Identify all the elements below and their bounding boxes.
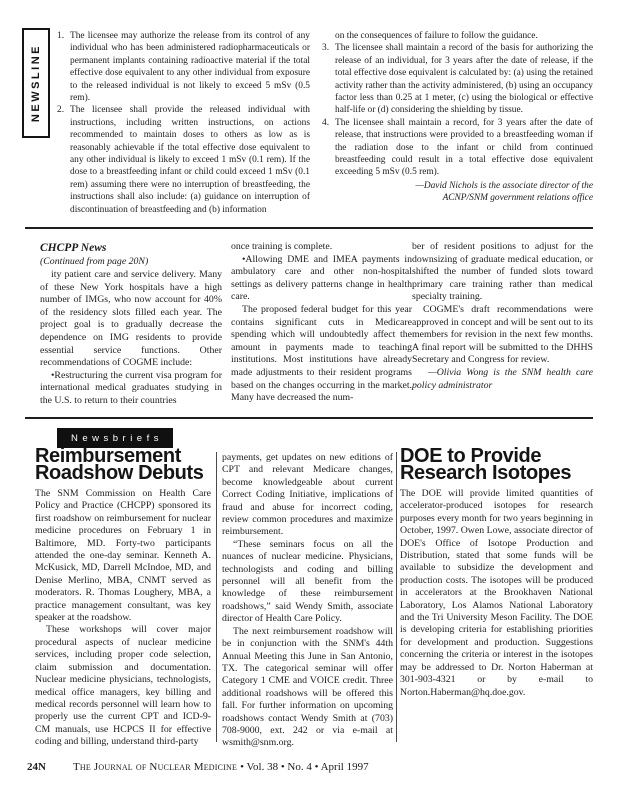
chcpp-column-2: once training is complete. •Allowing DME…	[231, 241, 412, 405]
item-text: The licensee shall maintain a record of …	[335, 43, 593, 115]
newsbriefs-column-1: Reimbursement Roadshow Debuts The SNM Co…	[35, 448, 211, 749]
regulations-column-left: 1.The licensee may authorize the release…	[57, 30, 310, 216]
page-footer: 24NThe Journal of Nuclear Medicine• Vol.…	[27, 760, 593, 774]
quote-paragraph: “These seminars focus on all the nuances…	[222, 539, 393, 626]
item-number: 2.	[57, 104, 64, 116]
item-text: The licensee shall provide the released …	[70, 105, 310, 214]
byline-line: —David Nichols is the associate director…	[322, 180, 593, 193]
body-paragraph: The next reimbursement roadshow will be …	[222, 626, 393, 750]
item-number: 3.	[322, 42, 329, 54]
journal-page: NEWSLINE 1.The licensee may authorize th…	[0, 0, 620, 802]
item-text: The licensee shall maintain a record, fo…	[335, 118, 593, 178]
byline-line: ACNP/SNM government relations office	[322, 192, 593, 205]
item-number: 4.	[322, 117, 329, 129]
body-paragraph: The proposed federal budget for this yea…	[231, 304, 412, 405]
body-paragraph: ber of resident positions to adjust for …	[412, 241, 593, 304]
body-paragraph: ity patient care and service delivery. M…	[40, 269, 222, 370]
continued-from-note: (Continued from page 20N)	[40, 255, 222, 268]
item-continuation-text: on the consequences of failure to follow…	[322, 30, 593, 42]
newsbriefs-column-3: DOE to Provide Research Isotopes The DOE…	[400, 448, 593, 699]
chcpp-title: CHCPP News	[40, 241, 222, 255]
bullet-paragraph: •Restructuring the current visa program …	[40, 370, 222, 408]
body-paragraph: These workshops will cover major procedu…	[35, 624, 211, 748]
body-paragraph: The DOE will provide limited quantities …	[400, 488, 593, 699]
body-paragraph: The SNM Commission on Health Care Policy…	[35, 488, 211, 624]
newsline-label: NEWSLINE	[30, 44, 42, 122]
section-divider-rule	[25, 227, 593, 229]
article-title-reimbursement-roadshow: Reimbursement Roadshow Debuts	[35, 448, 211, 482]
author-byline: —Olivia Wong is the SNM health care poli…	[412, 367, 593, 392]
chcpp-column-1: CHCPP News (Continued from page 20N) ity…	[40, 241, 222, 408]
column-divider-rule	[396, 452, 397, 742]
body-paragraph: COGME's draft recommendations were appro…	[412, 304, 593, 367]
bullet-paragraph: •Allowing DME and IMEA payments in ambul…	[231, 254, 412, 304]
title-line: Research Isotopes	[400, 465, 593, 482]
journal-title: The Journal of Nuclear Medicine	[73, 761, 237, 773]
newsbriefs-section-label: Newsbriefs	[67, 433, 163, 444]
regulation-item-1: 1.The licensee may authorize the release…	[57, 30, 310, 104]
author-byline: —David Nichols is the associate director…	[322, 180, 593, 205]
article-title-doe-isotopes: DOE to Provide Research Isotopes	[400, 448, 593, 482]
body-paragraph: payments, get updates on new editions of…	[222, 452, 393, 539]
page-number: 24N	[27, 761, 46, 773]
newsbriefs-column-2: payments, get updates on new editions of…	[222, 452, 393, 750]
item-text: The licensee may authorize the release f…	[70, 31, 310, 103]
section-divider-rule	[25, 417, 593, 419]
regulations-column-right: on the consequences of failure to follow…	[322, 30, 593, 205]
body-paragraph: once training is complete.	[231, 241, 412, 254]
regulation-item-4: 4.The licensee shall maintain a record, …	[322, 117, 593, 179]
regulation-item-3: 3.The licensee shall maintain a record o…	[322, 42, 593, 116]
newsline-banner: NEWSLINE	[22, 28, 50, 138]
regulation-item-2: 2.The licensee shall provide the release…	[57, 104, 310, 216]
chcpp-column-3: ber of resident positions to adjust for …	[412, 241, 593, 392]
column-divider-rule	[216, 452, 217, 742]
item-number: 1.	[57, 30, 64, 42]
title-line: Roadshow Debuts	[35, 465, 211, 482]
issue-info: • Vol. 38 • No. 4 • April 1997	[240, 761, 369, 773]
